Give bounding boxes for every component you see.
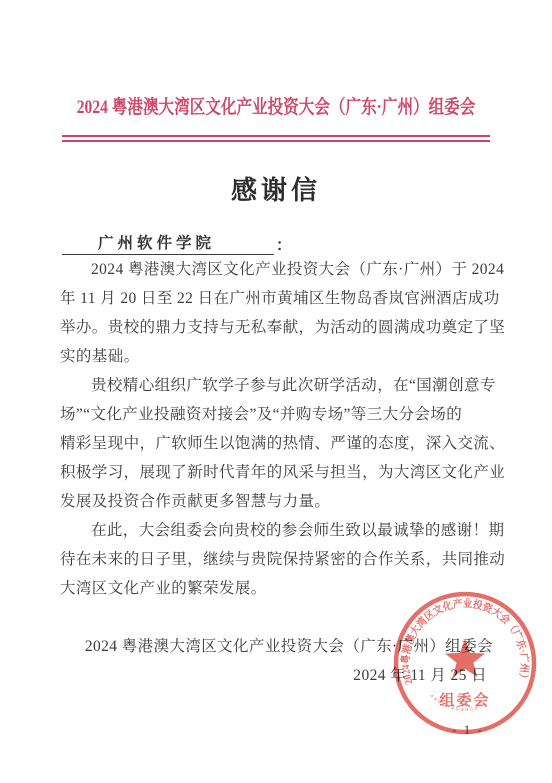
letter-body: 2024 粤港澳大湾区文化产业投资大会（广东·广州）于 2024 年 11 月 … [60, 255, 493, 690]
body-line: 发展及投资合作贡献更多智慧与力量。 [60, 487, 493, 516]
body-line: 精彩呈现中，广软师生以饱满的热情、严谨的态度，深入交流、 [60, 429, 493, 458]
letterhead-text: 2024 粤港澳大湾区文化产业投资大会（广东·广州）组委会 [77, 92, 476, 119]
letterhead-divider-top [62, 135, 490, 137]
body-line: 实的基础。 [60, 342, 493, 371]
letter-title: 感谢信 [0, 170, 552, 207]
body-line: 2024 粤港澳大湾区文化产业投资大会（广东·广州）于 2024 [60, 255, 493, 284]
body-line: 待在未来的日子里，继续与贵院保持紧密的合作关系，共同推动 [60, 545, 493, 574]
body-line: 积极学习，展现了新时代青年的风采与担当，为大湾区文化产业 [60, 458, 493, 487]
recipient-row: 广州软件学院 ： [62, 231, 292, 255]
letterhead-divider-bottom [62, 140, 490, 142]
body-line: 在此，大会组委会向贵校的参会师生致以最诚挚的感谢！期 [60, 516, 493, 545]
recipient-name: 广州软件学院 [62, 231, 274, 255]
body-line: 场”“文化产业投融资对接会”及“并购专场”等三大分会场的 [60, 400, 493, 429]
letterhead: 2024 粤港澳大湾区文化产业投资大会（广东·广州）组委会 [0, 92, 552, 119]
letter-page: 2024 粤港澳大湾区文化产业投资大会（广东·广州）组委会 感谢信 广州软件学院… [0, 0, 552, 783]
blank-line [60, 603, 493, 632]
body-line: 举办。贵校的鼎力支持与无私奉献，为活动的圆满成功奠定了坚 [60, 313, 493, 342]
body-line: 贵校精心组织广软学子参与此次研学活动，在“国潮创意专 [60, 371, 493, 400]
date-line: 2024 年 11 月 25 日 [60, 661, 493, 690]
recipient-colon: ： [276, 233, 292, 255]
seal-serial: 4401040495073 [429, 693, 489, 712]
svg-text:4401040495073: 4401040495073 [429, 693, 489, 712]
body-line: 大湾区文化产业的繁荣发展。 [60, 574, 493, 603]
signature-line: 2024 粤港澳大湾区文化产业投资大会（广东·广州）组委会 [60, 632, 493, 661]
page-number: - 1 - [443, 722, 493, 738]
seal-center-text: 组委会 [439, 691, 490, 709]
body-line: 年 11 月 20 日至 22 日在广州市黄埔区生物岛香岚官洲酒店成功 [60, 284, 493, 313]
